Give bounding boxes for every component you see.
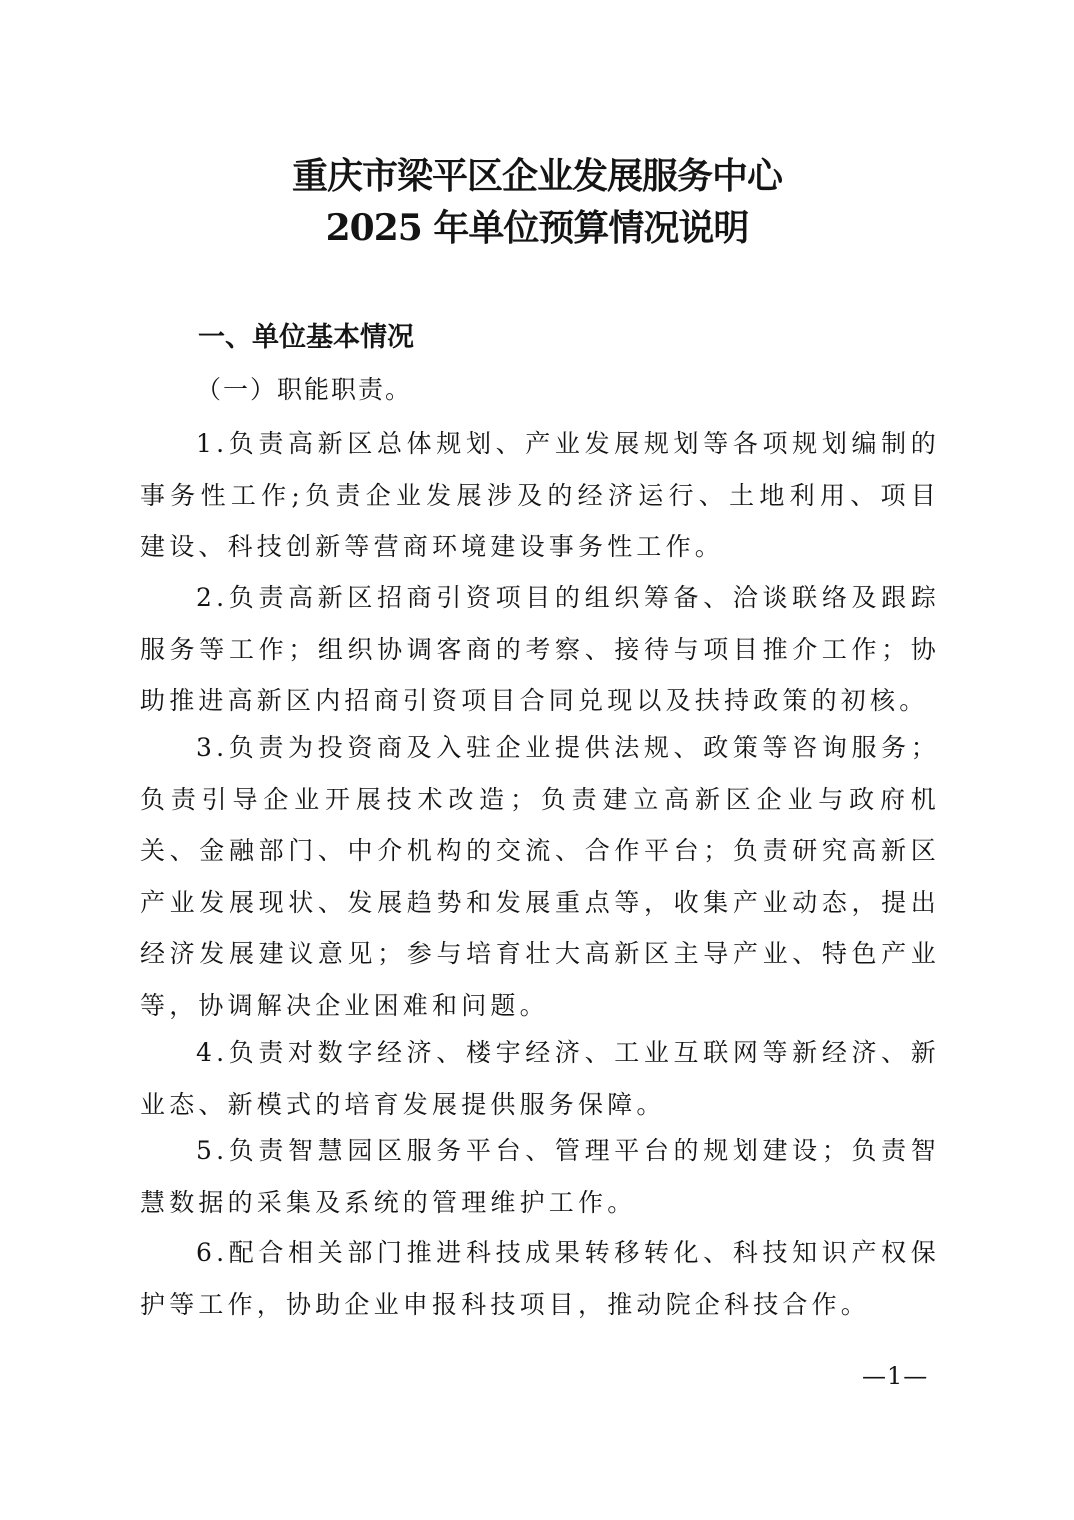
document-title-line2: 2025 年单位预算情况说明 (0, 208, 1074, 248)
section-heading-basic-info: 一、单位基本情况 (198, 320, 414, 356)
duty-paragraph-1: 1.负责高新区总体规划、产业发展规划等各项规划编制的事务性工作;负责企业发展涉及… (140, 418, 940, 573)
duty-paragraph-3: 3.负责为投资商及入驻企业提供法规、政策等咨询服务；负责引导企业开展技术改造；负… (140, 722, 940, 1031)
document-title-line1: 重庆市梁平区企业发展服务中心 (0, 156, 1074, 196)
duty-paragraph-5: 5.负责智慧园区服务平台、管理平台的规划建设；负责智慧数据的采集及系统的管理维护… (140, 1125, 940, 1228)
duty-paragraph-2: 2.负责高新区招商引资项目的组织筹备、洽谈联络及跟踪服务等工作；组织协调客商的考… (140, 572, 940, 727)
duty-paragraph-6: 6.配合相关部门推进科技成果转移转化、科技知识产权保护等工作，协助企业申报科技项… (140, 1227, 940, 1330)
subsection-heading-duties: （一）职能职责。 (196, 372, 412, 408)
page-number: —1— (862, 1360, 928, 1392)
document-page: 重庆市梁平区企业发展服务中心 2025 年单位预算情况说明 一、单位基本情况 （… (0, 0, 1074, 1520)
duty-paragraph-4: 4.负责对数字经济、楼宇经济、工业互联网等新经济、新业态、新模式的培育发展提供服… (140, 1027, 940, 1130)
